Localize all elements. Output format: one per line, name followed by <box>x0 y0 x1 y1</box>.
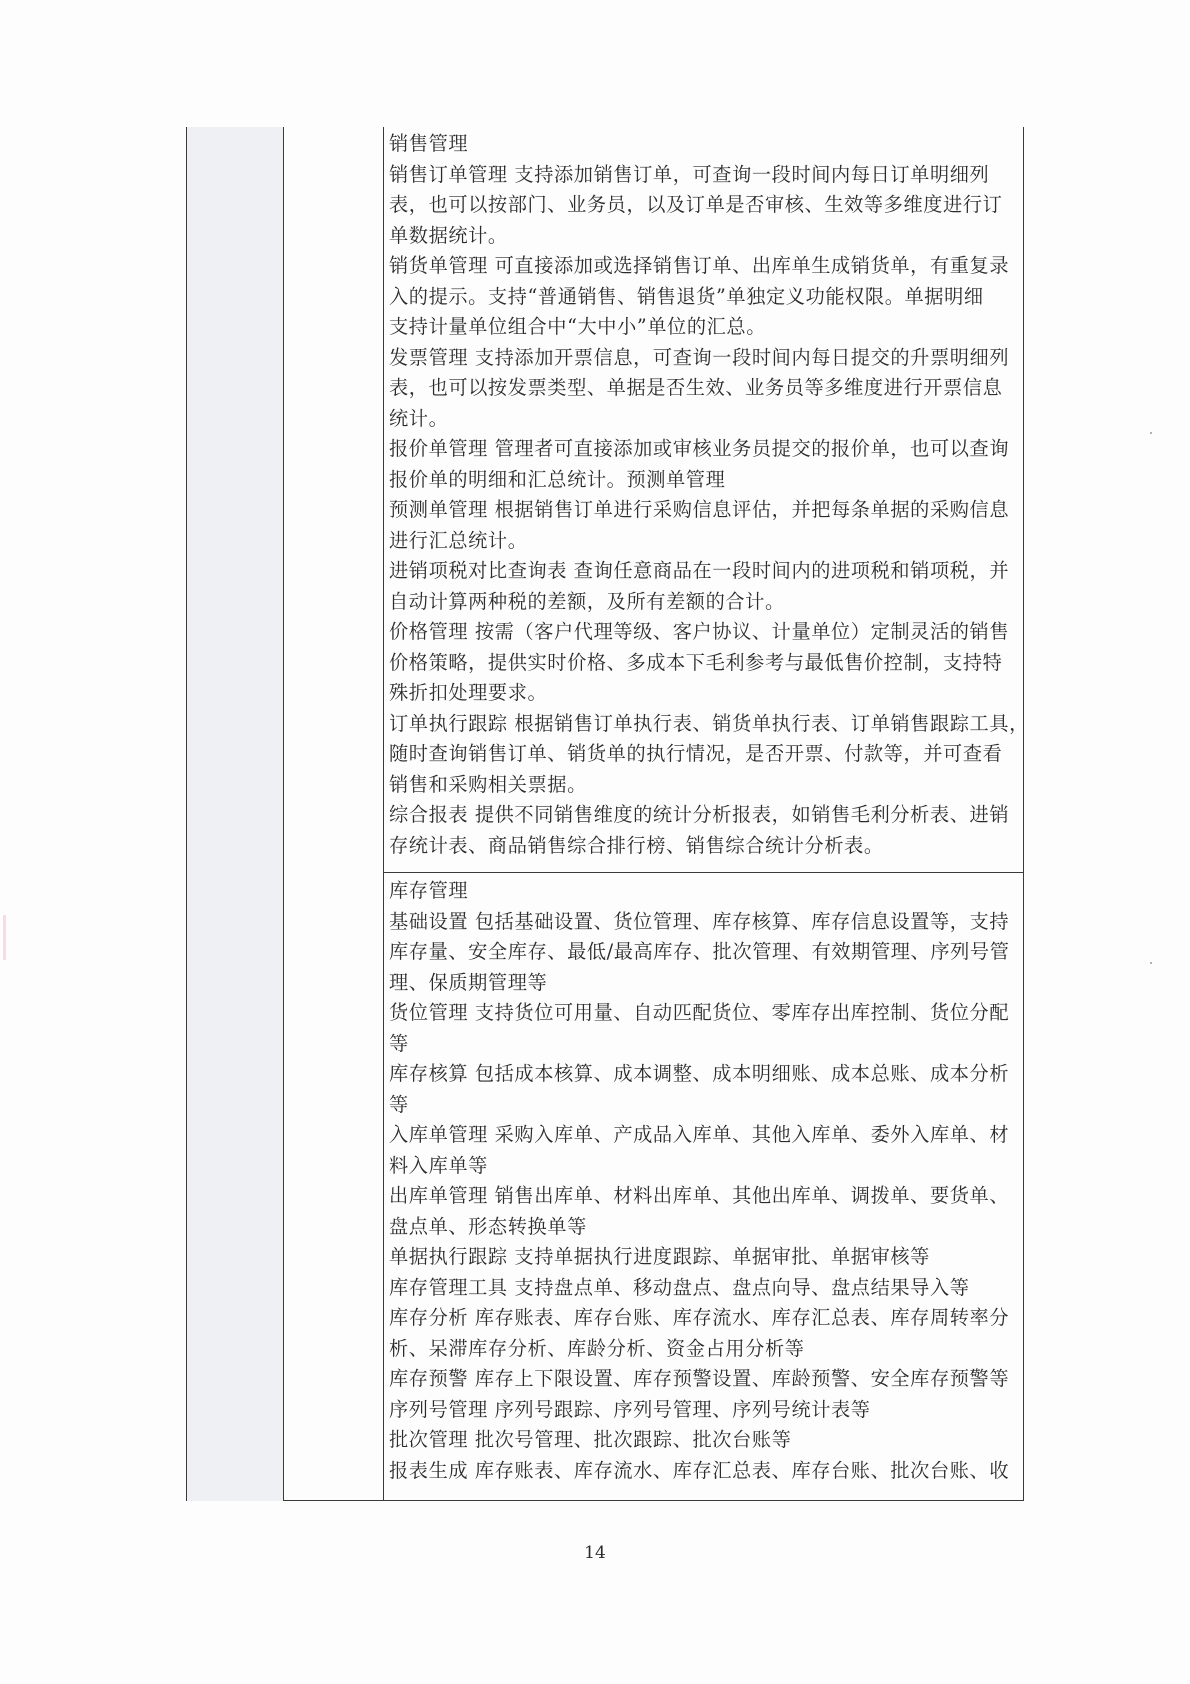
text-line: 综合报表 提供不同销售维度的统计分析报表，如销售毛利分析表、进销 <box>389 800 1017 831</box>
text-line: 销售订单管理 支持添加销售订单，可查询一段时间内每日订单明细列 <box>389 160 1017 191</box>
text-line: 单数据统计。 <box>389 221 1017 252</box>
text-line: 盘点单、形态转换单等 <box>389 1212 1017 1243</box>
text-line: 等 <box>389 1029 1017 1060</box>
text-line: 自动计算两种税的差额，及所有差额的合计。 <box>389 587 1017 618</box>
text-line: 基础设置 包括基础设置、货位管理、库存核算、库存信息设置等，支持 <box>389 907 1017 938</box>
text-line: 报表生成 库存账表、库存流水、库存汇总表、库存台账、批次台账、收 <box>389 1456 1017 1487</box>
text-line: 出库单管理 销售出库单、材料出库单、其他出库单、调拨单、要货单、 <box>389 1181 1017 1212</box>
table-cell-inventory-management: 库存管理 基础设置 包括基础设置、货位管理、库存核算、库存信息设置等，支持 库存… <box>384 873 1023 1501</box>
text-line: 入库单管理 采购入库单、产成品入库单、其他入库单、委外入库单、材 <box>389 1120 1017 1151</box>
text-line: 报价单的明细和汇总统计。预测单管理 <box>389 465 1017 496</box>
text-line: 进销项税对比查询表 查询任意商品在一段时间内的进项税和销项税，并 <box>389 556 1017 587</box>
table-column-category <box>186 127 284 1501</box>
text-line: 库存预警 库存上下限设置、库存预警设置、库龄预警、安全库存预警等 <box>389 1364 1017 1395</box>
text-line: 表，也可以按部门、业务员，以及订单是否审核、生效等多维度进行订 <box>389 190 1017 221</box>
text-line: 料入库单等 <box>389 1151 1017 1182</box>
text-line: 统计。 <box>389 404 1017 435</box>
text-line: 殊折扣处理要求。 <box>389 678 1017 709</box>
text-line: 报价单管理 管理者可直接添加或审核业务员提交的报价单，也可以查询 <box>389 434 1017 465</box>
scan-artifact <box>3 915 6 960</box>
text-line: 支持计量单位组合中“大中小”单位的汇总。 <box>389 312 1017 343</box>
table-cell-sales-management: 销售管理 销售订单管理 支持添加销售订单，可查询一段时间内每日订单明细列 表，也… <box>384 127 1023 873</box>
table-column-subcategory <box>284 127 384 1501</box>
text-line: 进行汇总统计。 <box>389 526 1017 557</box>
text-line: 批次管理 批次号管理、批次跟踪、批次台账等 <box>389 1425 1017 1456</box>
scan-speck <box>1150 432 1152 434</box>
text-line: 理、保质期管理等 <box>389 968 1017 999</box>
text-line: 表，也可以按发票类型、单据是否生效、业务员等多维度进行开票信息 <box>389 373 1017 404</box>
text-line: 销货单管理 可直接添加或选择销售订单、出库单生成销货单，有重复录 <box>389 251 1017 282</box>
text-line: 订单执行跟踪 根据销售订单执行表、销货单执行表、订单销售跟踪工具， <box>389 709 1017 740</box>
section-heading: 销售管理 <box>389 129 1017 160</box>
text-line: 入的提示。支持“普通销售、销售退货”单独定义功能权限。单据明细 <box>389 282 1017 313</box>
text-line: 库存分析 库存账表、库存台账、库存流水、库存汇总表、库存周转率分 <box>389 1303 1017 1334</box>
text-line: 货位管理 支持货位可用量、自动匹配货位、零库存出库控制、货位分配 <box>389 998 1017 1029</box>
document-page: 销售管理 销售订单管理 支持添加销售订单，可查询一段时间内每日订单明细列 表，也… <box>0 0 1190 1684</box>
text-line: 销售和采购相关票据。 <box>389 770 1017 801</box>
text-line: 发票管理 支持添加开票信息，可查询一段时间内每日提交的升票明细列 <box>389 343 1017 374</box>
text-line: 预测单管理 根据销售订单进行采购信息评估，并把每条单据的采购信息 <box>389 495 1017 526</box>
text-line: 随时查询销售订单、销货单的执行情况，是否开票、付款等，并可查看 <box>389 739 1017 770</box>
text-line: 价格策略，提供实时价格、多成本下毛利参考与最低售价控制，支持特 <box>389 648 1017 679</box>
text-line: 序列号管理 序列号跟踪、序列号管理、序列号统计表等 <box>389 1395 1017 1426</box>
text-line: 库存管理工具 支持盘点单、移动盘点、盘点向导、盘点结果导入等 <box>389 1273 1017 1304</box>
text-line: 析、呆滞库存分析、库龄分析、资金占用分析等 <box>389 1334 1017 1365</box>
scan-speck <box>1150 962 1152 964</box>
page-number: 14 <box>0 1543 1190 1563</box>
text-line: 单据执行跟踪 支持单据执行进度跟踪、单据审批、单据审核等 <box>389 1242 1017 1273</box>
section-heading: 库存管理 <box>389 876 1017 907</box>
text-line: 存统计表、商品销售综合排行榜、销售综合统计分析表。 <box>389 831 1017 862</box>
table-column-description: 销售管理 销售订单管理 支持添加销售订单，可查询一段时间内每日订单明细列 表，也… <box>384 127 1024 1501</box>
text-line: 等 <box>389 1090 1017 1121</box>
text-line: 价格管理 按需（客户代理等级、客户协议、计量单位）定制灵活的销售 <box>389 617 1017 648</box>
text-line: 库存量、安全库存、最低/最高库存、批次管理、有效期管理、序列号管 <box>389 937 1017 968</box>
text-line: 库存核算 包括成本核算、成本调整、成本明细账、成本总账、成本分析 <box>389 1059 1017 1090</box>
